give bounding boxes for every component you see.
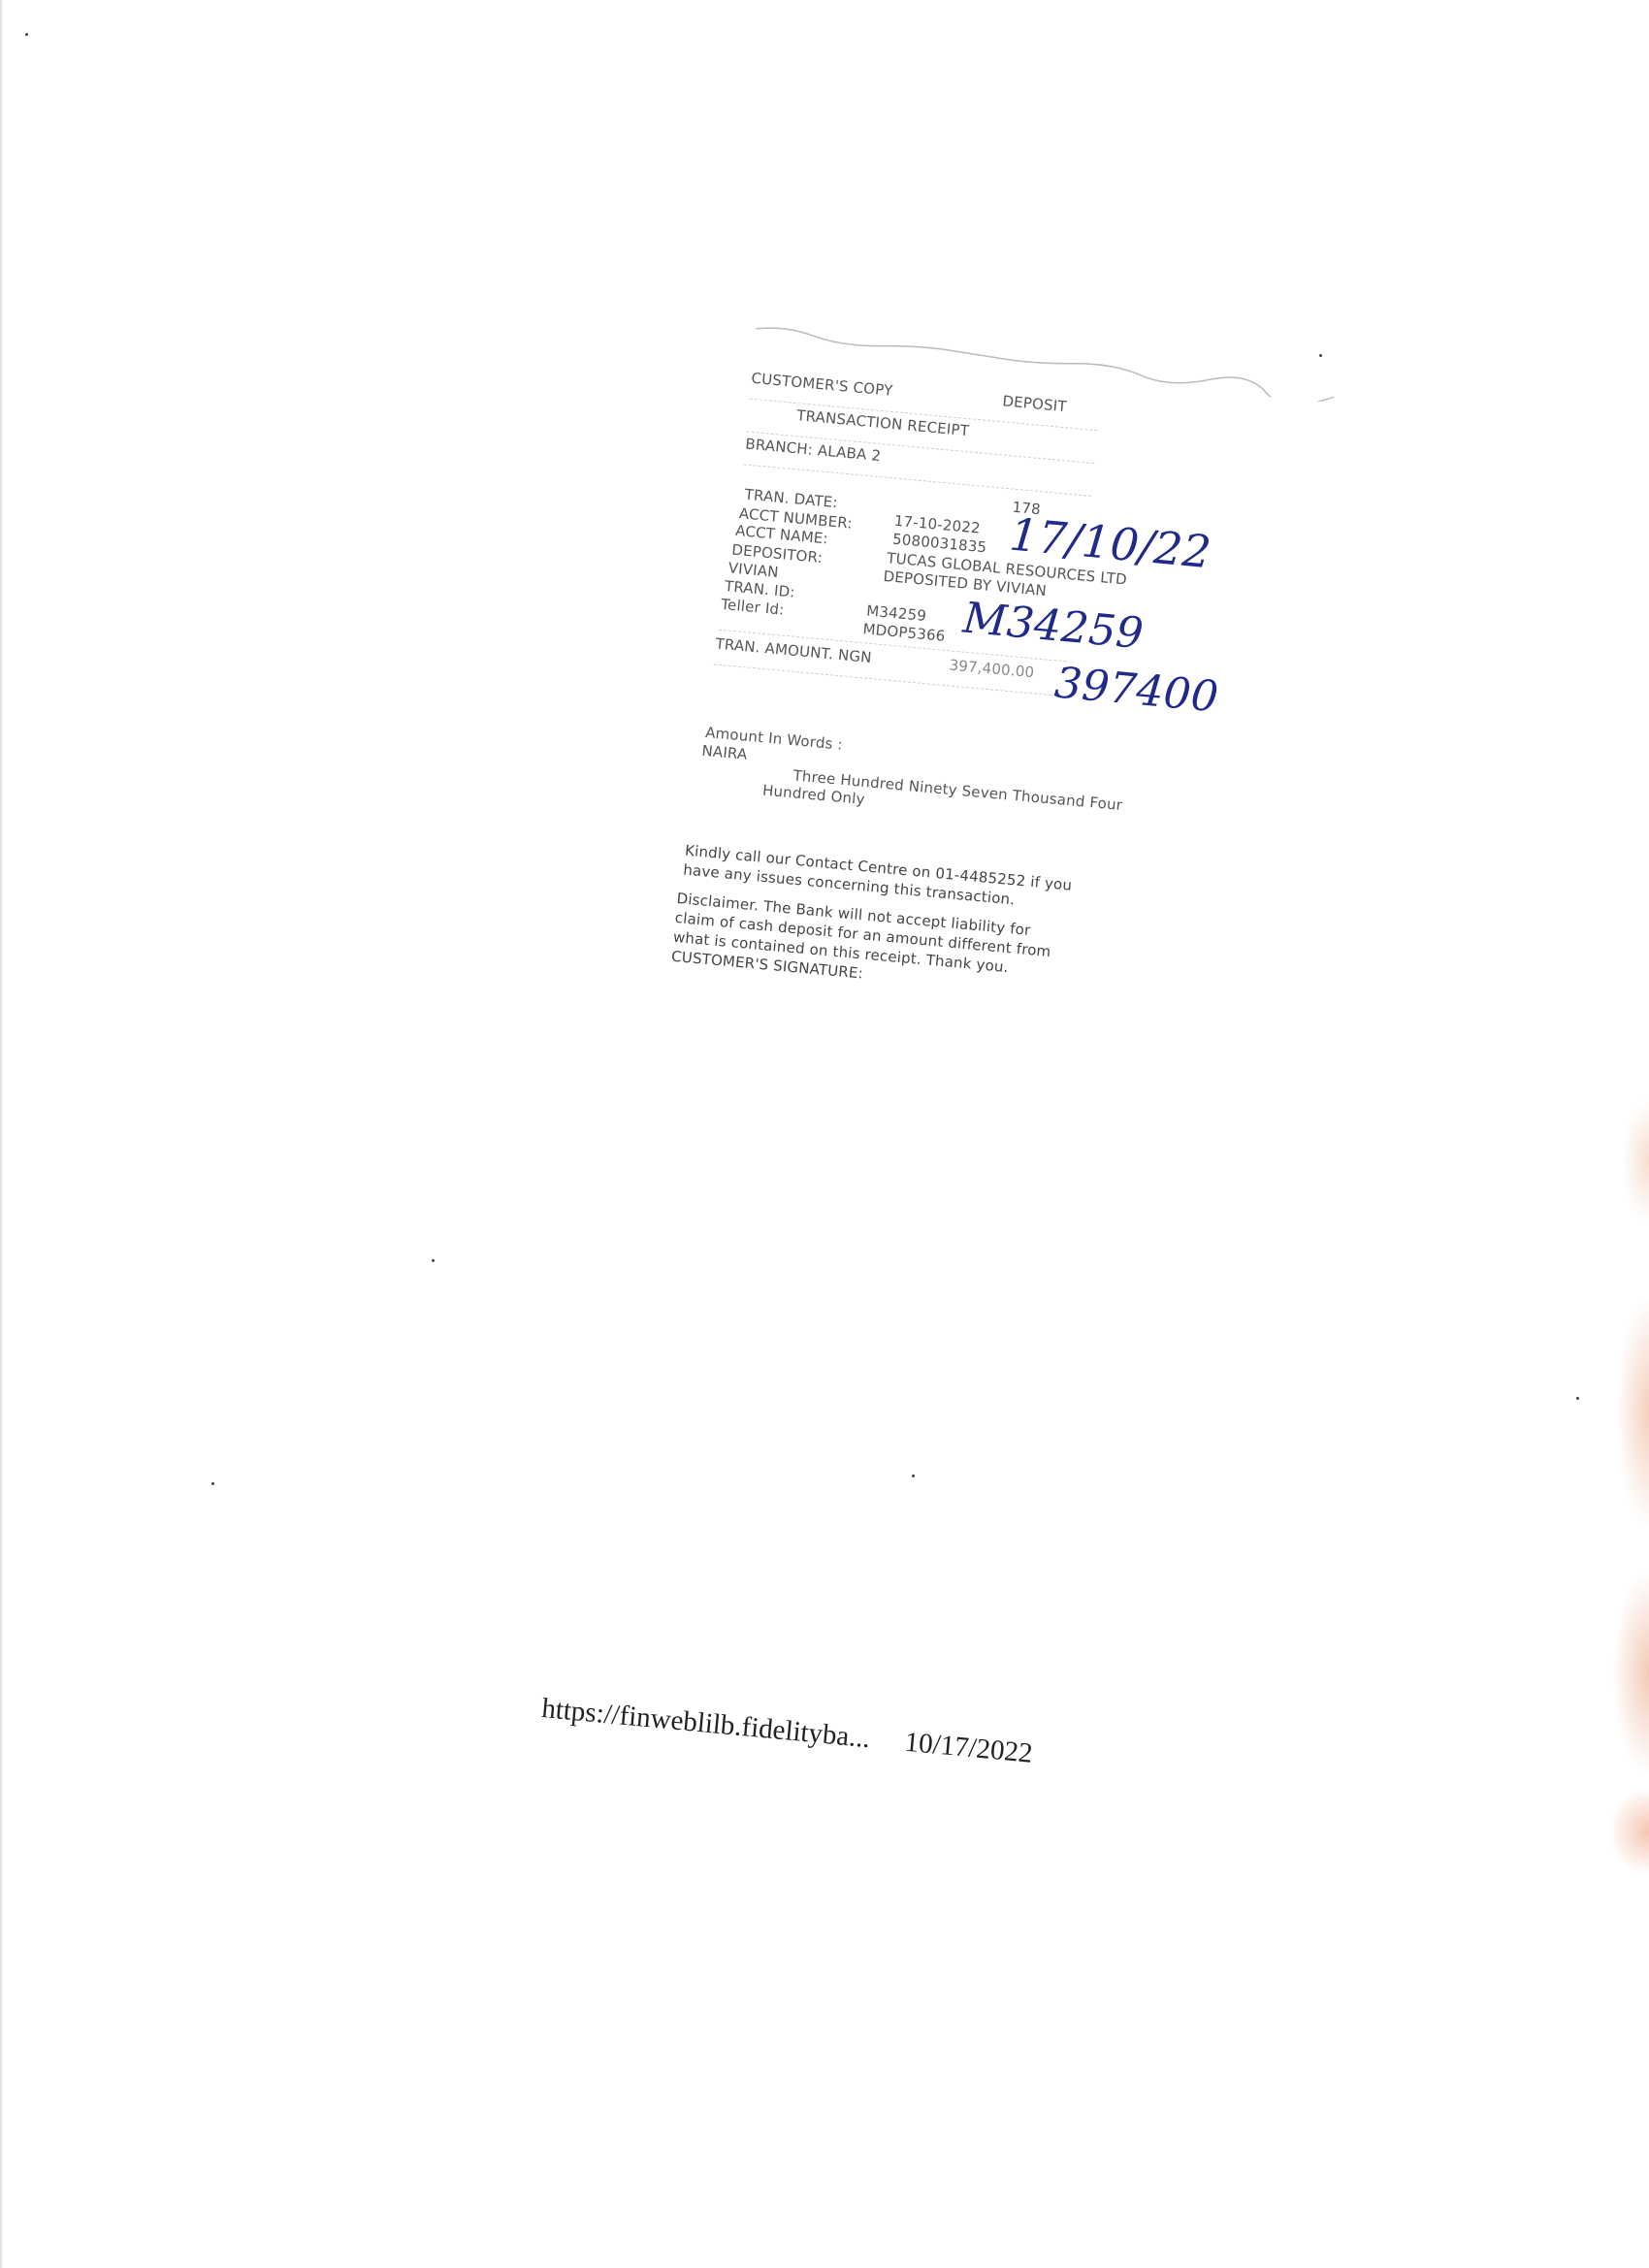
handwritten-amount: 397400: [1052, 658, 1220, 722]
paper-stain: [1581, 1086, 1649, 2018]
footer-url: https://finweblilb.fidelityba...: [540, 1693, 871, 1754]
receipt-title: TRANSACTION RECEIPT: [796, 406, 970, 439]
scan-speck: [432, 1259, 435, 1262]
deposit-receipt: CUSTOMER'S COPY DEPOSIT TRANSACTION RECE…: [692, 320, 1365, 985]
print-footer: https://finweblilb.fidelityba...10/17/20…: [540, 1693, 1034, 1770]
currency-word: NAIRA: [701, 742, 748, 763]
scan-speck: [211, 1482, 214, 1485]
transaction-type: DEPOSIT: [1002, 392, 1068, 415]
copy-label: CUSTOMER'S COPY: [751, 370, 893, 400]
scan-speck: [25, 33, 28, 36]
amount-value: 397,400.00: [949, 656, 1035, 681]
teller-id-value: MDOP5366: [862, 620, 946, 645]
footer-date: 10/17/2022: [903, 1727, 1034, 1769]
scan-speck: [1319, 354, 1322, 357]
handwritten-tran-id: M34259: [961, 594, 1146, 660]
scan-left-edge: [0, 0, 3, 2268]
amount-label: TRAN. AMOUNT. NGN: [715, 634, 873, 666]
scan-speck: [912, 1474, 915, 1477]
branch: BRANCH: ALABA 2: [745, 435, 882, 465]
scan-speck: [1576, 1397, 1579, 1400]
